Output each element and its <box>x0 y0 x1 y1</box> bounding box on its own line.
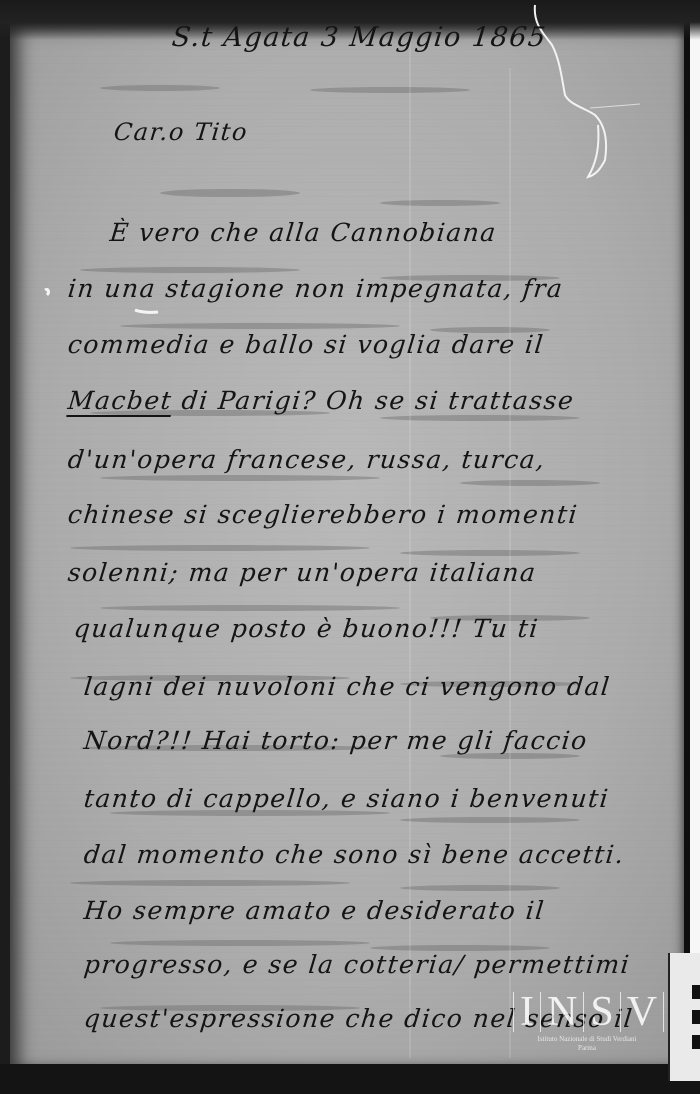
letter-line-5: d'un'opera francese, russa, turca, <box>66 445 547 474</box>
letter-line-1: È vero che alla Cannobiana <box>108 218 498 247</box>
watermark-letter: V <box>620 992 664 1032</box>
letter-line-2: in una stagione non impegnata, fra <box>66 274 564 303</box>
watermark-city: Parma <box>513 1044 661 1053</box>
letter-line-4: Macbet di Parigi? Oh se si trattasse <box>66 386 575 415</box>
watermark-letter: I <box>513 992 540 1032</box>
letter-line-14: progresso, e se la cotteria/ permettimi <box>82 950 631 979</box>
letter-line-3: commedia e ballo si voglia dare il <box>66 330 545 359</box>
watermark-letter: S <box>583 992 619 1032</box>
letter-line-13: Ho sempre amato e desiderato il <box>82 896 546 925</box>
watermark-institute-name: Istituto Nazionale di Studi Verdiani <box>513 1035 661 1044</box>
letter-line-9: lagni dei nuvoloni che ci vengono dal <box>82 672 612 701</box>
watermark-letters: I N S V <box>513 992 661 1032</box>
letter-line-6: chinese si sceglierebbero i momenti <box>66 500 579 529</box>
letter-line-10: Nord?!! Hai torto: per me gli faccio <box>82 726 589 755</box>
tab-mark <box>692 1010 700 1024</box>
letter-salutation: Car.o Tito <box>113 118 250 146</box>
bottom-shadow <box>0 1064 700 1094</box>
letter-line-11: tanto di cappello, e siano i benvenuti <box>82 784 610 813</box>
watermark-letter: N <box>540 992 583 1032</box>
tab-mark <box>692 985 700 999</box>
underlined-opera-title: Macbet <box>66 386 173 415</box>
letter-line-12: dal momento che sono sì bene accetti. <box>82 840 626 869</box>
watermark-subtitle: Istituto Nazionale di Studi Verdiani Par… <box>513 1035 661 1053</box>
right-margin <box>690 0 700 1094</box>
letter-place-date: S.t Agata 3 Maggio 1865 <box>170 22 548 53</box>
letter-line-4-rest: di Parigi? Oh se si trattasse <box>171 386 576 415</box>
insv-watermark: I N S V Istituto Nazionale di Studi Verd… <box>513 992 661 1054</box>
letter-line-8: qualunque posto è buono!!! Tu ti <box>72 614 540 643</box>
tab-mark <box>692 1035 700 1049</box>
letter-line-7: solenni; ma per un'opera italiana <box>66 558 538 587</box>
